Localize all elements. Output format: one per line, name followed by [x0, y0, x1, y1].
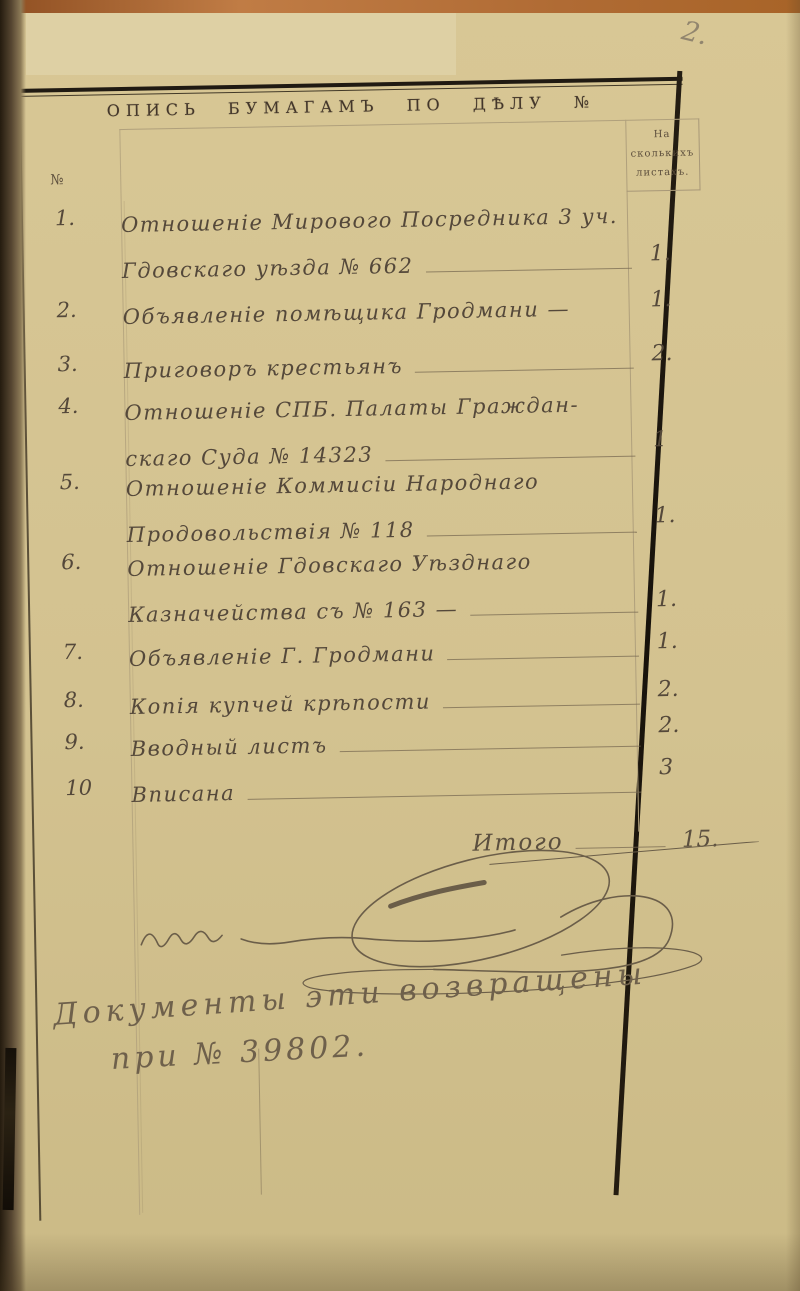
entry-number: 4.: [44, 393, 124, 418]
entry-text-line: Отношеніе Мирового Посредника 3 уч.: [121, 196, 619, 245]
entry-text-line: Вписана: [131, 773, 235, 815]
sheets-header-line1: На: [625, 124, 698, 144]
entry-text: Отношеніе Мирового Посредника 3 уч. Гдов…: [121, 196, 643, 298]
entry-sheets: 3: [651, 754, 713, 780]
rule-line: [427, 532, 637, 537]
sheets-header-line3: листахъ.: [626, 162, 699, 182]
entry-sheets: 1.: [649, 628, 711, 654]
entry-number: 9.: [50, 729, 130, 754]
entry-sheets: 1.: [646, 502, 708, 528]
entry-text-line: Объявленіе Г. Гродмани: [129, 633, 436, 679]
entry-sheets: 2.: [650, 712, 712, 738]
entry-text-line: Отношеніе Гдовскаго Уѣзднаго: [127, 542, 532, 589]
number-column-header: №: [50, 172, 64, 188]
entry-text-line: Вводный листъ: [130, 725, 328, 769]
entry-text-line: Объявленіе помѣщика Гродмани —: [122, 289, 570, 337]
entry-text-line: Казначейства съ № 163 —: [128, 589, 459, 635]
entry-text: Объявленіе помѣщика Гродмани —: [122, 288, 643, 344]
entry-row: 1. Отношеніе Мирового Посредника 3 уч. Г…: [41, 194, 705, 298]
rule-line: [415, 368, 634, 373]
entry-row: 6. Отношеніе Гдовскаго Уѣзднаго Казначей…: [47, 538, 711, 642]
rule-line: [247, 792, 641, 800]
entry-number: 6.: [47, 549, 127, 574]
entry-sheets: 2.: [649, 676, 711, 702]
entry-text-line: Приговоръ крестьянъ: [123, 346, 403, 391]
entry-sheets: 1.: [648, 586, 710, 612]
entry-text: Объявленіе Г. Гродмани: [129, 629, 650, 685]
page-body: ОПИСЬ БУМАГАМЪ ПО ДѢЛУ № № На сколькихъ …: [0, 0, 800, 1291]
entry-number: 1.: [41, 205, 121, 230]
entry-text-line: Гдовскаго уѣзда № 662: [122, 246, 414, 291]
entry-text-line: Копія купчей крѣпости: [130, 681, 432, 727]
rule-line: [470, 612, 638, 616]
entry-number: 7.: [49, 639, 129, 664]
sheets-column-header: На сколькихъ листахъ.: [625, 118, 700, 191]
rule-line: [448, 656, 640, 661]
entry-sheets: 1.: [641, 240, 703, 266]
rule-line: [443, 704, 640, 709]
entry-number: 3.: [43, 351, 123, 376]
page-bottom-shade: [0, 1233, 800, 1291]
entry-sheets: 1: [645, 426, 707, 452]
entry-sheets: 2.: [643, 340, 705, 366]
entry-number: 8.: [50, 687, 130, 712]
entry-number: 10: [51, 775, 131, 800]
entry-number: 5.: [46, 469, 126, 494]
entry-number: 2.: [42, 297, 122, 322]
rule-line: [340, 746, 641, 753]
entry-sheets: 1.: [642, 286, 704, 312]
entry-text: Отношеніе Гдовскаго Уѣзднаго Казначейств…: [127, 539, 649, 641]
entry-text: Вписана: [131, 765, 652, 821]
rule-line: [426, 268, 632, 273]
archival-page: 2. ОПИСЬ БУМАГАМЪ ПО ДѢЛУ № № На скольки…: [0, 0, 800, 1291]
entry-text-line: Отношеніе СПБ. Палаты Граждан-: [124, 385, 579, 433]
sheets-header-line2: сколькихъ: [626, 143, 699, 163]
entry-text-line: Отношеніе Коммисіи Народнаго: [126, 461, 540, 509]
